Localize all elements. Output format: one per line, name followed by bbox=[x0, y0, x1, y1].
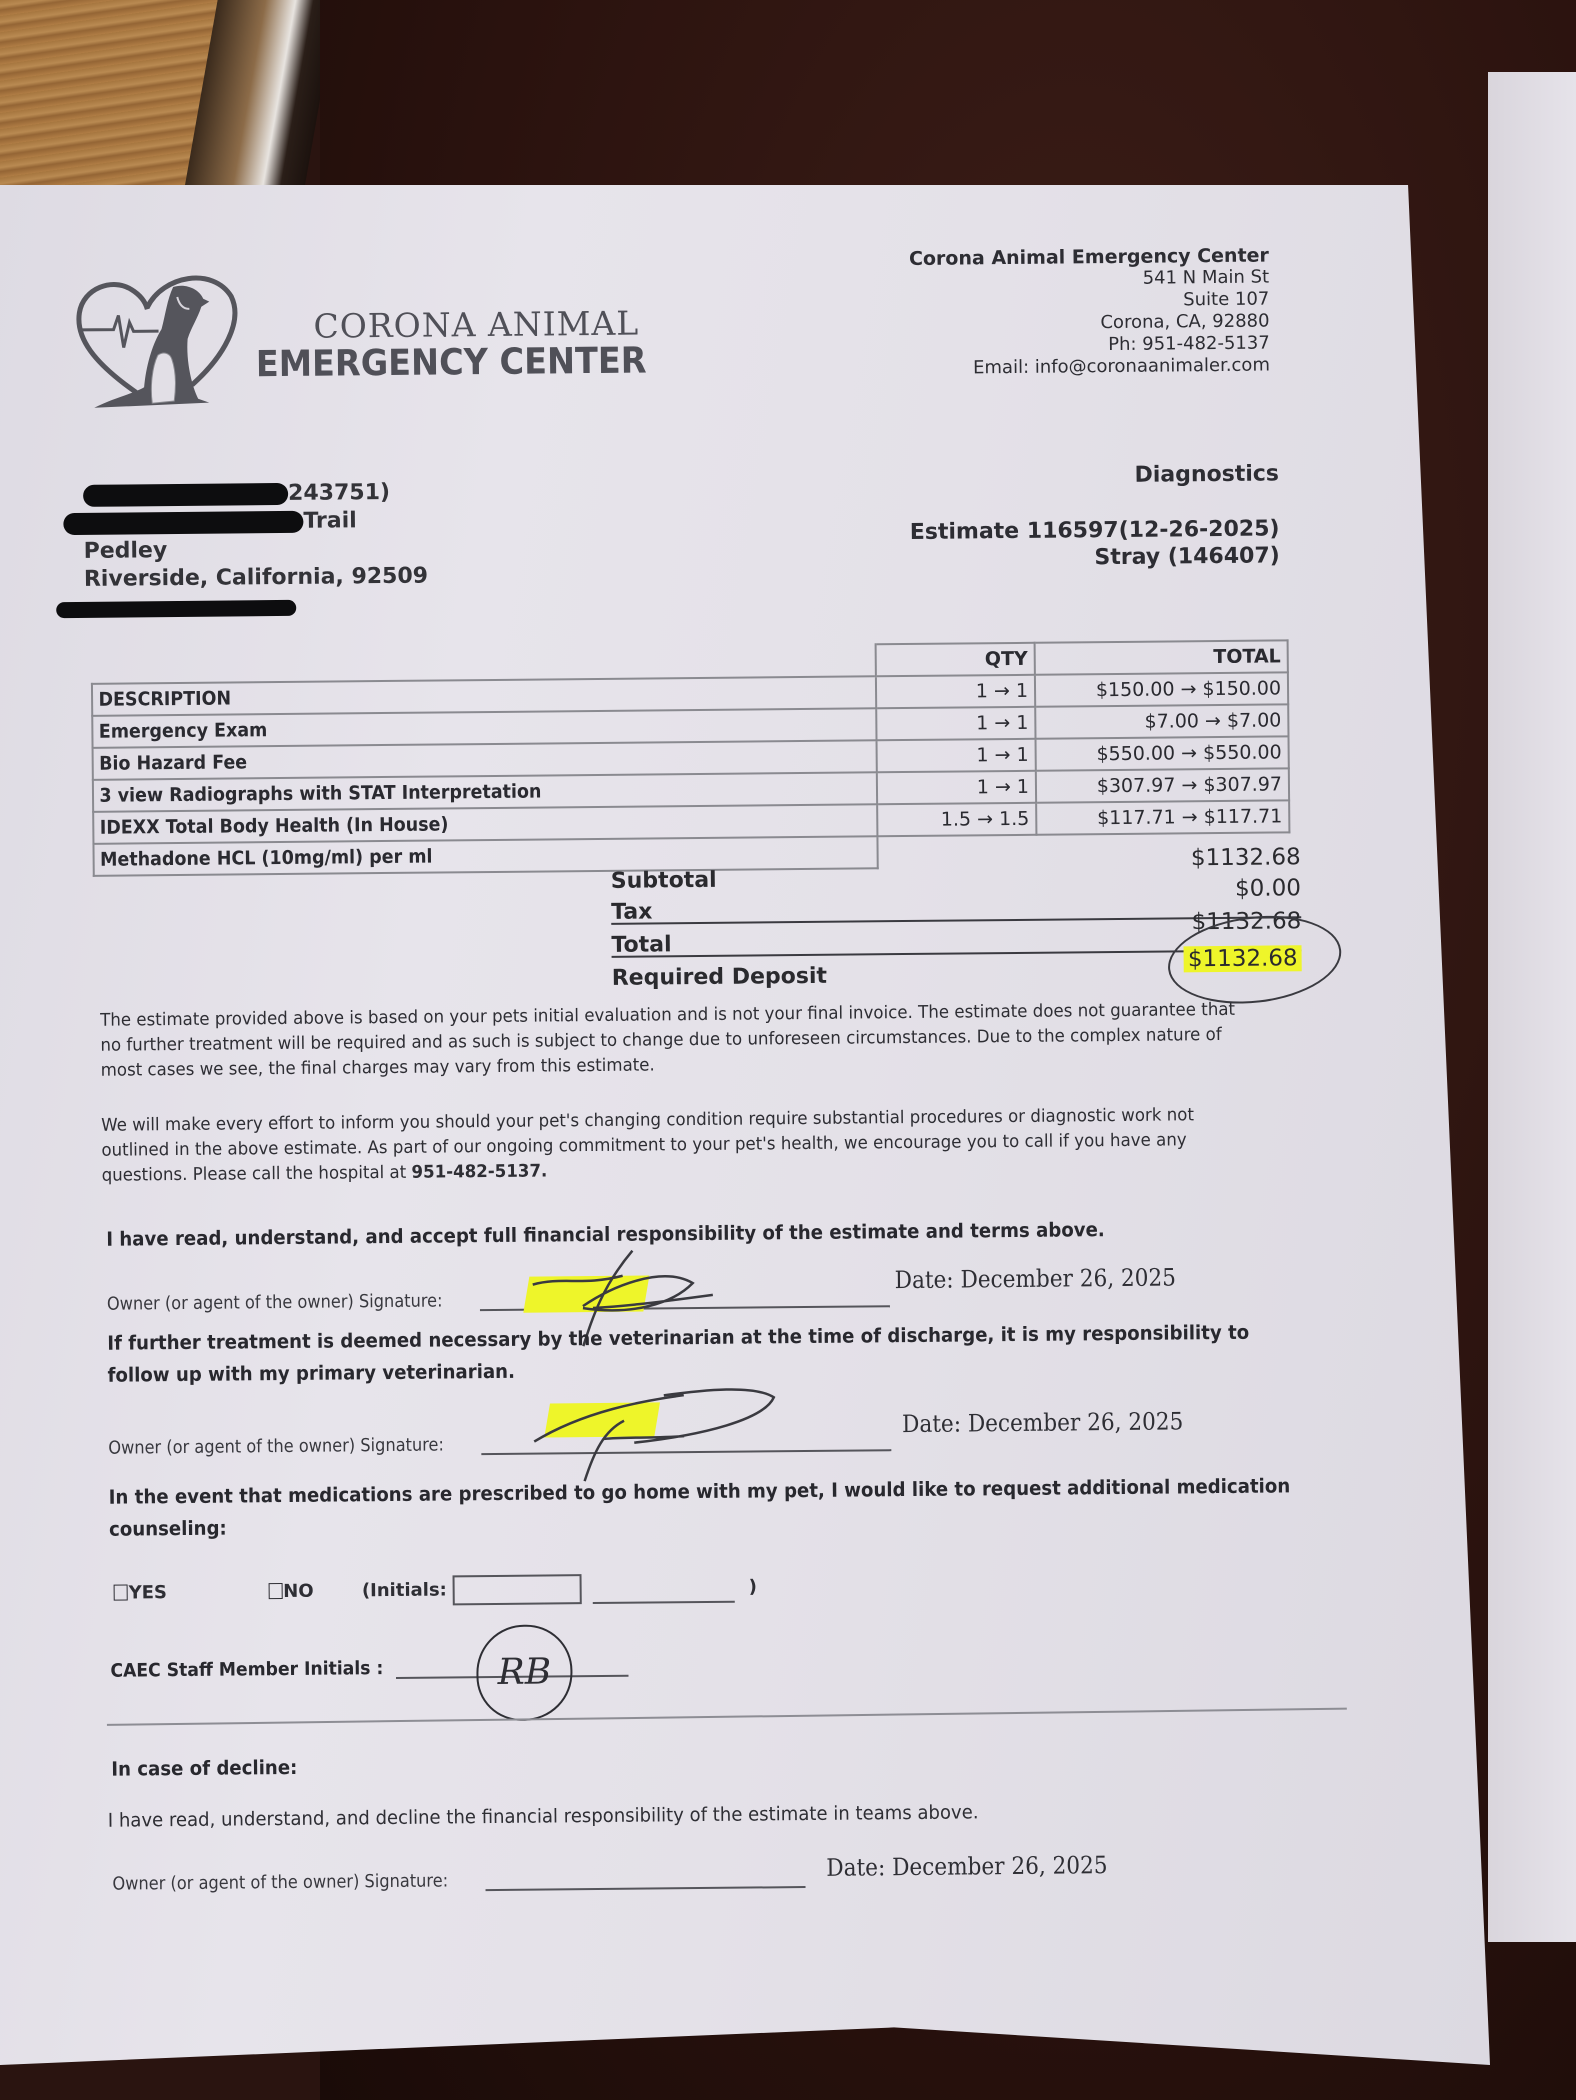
section-divider bbox=[107, 1708, 1347, 1726]
subtotal-value: $1132.68 bbox=[1191, 844, 1301, 871]
subtotal-label: Subtotal bbox=[611, 868, 717, 894]
decline-heading: In case of decline: bbox=[111, 1756, 297, 1781]
tax-label: Tax bbox=[611, 899, 652, 924]
signature-label: Owner (or agent of the owner) Signature: bbox=[112, 1870, 448, 1894]
header-total: TOTAL bbox=[1035, 640, 1288, 674]
initials-close: ) bbox=[749, 1576, 757, 1597]
client-name-line: 243751) bbox=[83, 479, 427, 510]
header-qty: QTY bbox=[876, 643, 1035, 677]
yes-checkbox[interactable] bbox=[114, 1585, 128, 1601]
signature-scribble bbox=[524, 1378, 885, 1491]
total-cell: $150.00 → $150.00 bbox=[1035, 672, 1288, 706]
department: Diagnostics bbox=[909, 460, 1279, 491]
no-checkbox[interactable] bbox=[268, 1583, 282, 1599]
brand-line-1: CORONA ANIMAL bbox=[313, 305, 675, 344]
estimate-info: Diagnostics Estimate 116597(12-26-2025) … bbox=[909, 460, 1280, 573]
staff-initials-label: CAEC Staff Member Initials : bbox=[110, 1658, 383, 1682]
total-label: Total bbox=[611, 932, 671, 958]
followup-statement-line-2: follow up with my primary veterinarian. bbox=[107, 1360, 515, 1387]
tax-value: $0.00 bbox=[1235, 875, 1301, 902]
clinic-brand: CORONA ANIMAL EMERGENCY CENTER bbox=[255, 305, 676, 385]
no-option[interactable]: NO bbox=[268, 1581, 314, 1602]
terms-paragraph-1: The estimate provided above is based on … bbox=[100, 998, 1250, 1084]
qty-cell: 1 → 1 bbox=[877, 739, 1036, 773]
followup-date: Date: December 26, 2025 bbox=[902, 1407, 1184, 1438]
counseling-statement-line-2: counseling: bbox=[109, 1517, 227, 1541]
estimate-document: CORONA ANIMAL EMERGENCY CENTER Corona An… bbox=[0, 0, 1576, 2100]
terms-paragraph-2: We will make every effort to inform you … bbox=[101, 1103, 1251, 1189]
decline-signature-field[interactable] bbox=[485, 1886, 805, 1891]
signature-label: Owner (or agent of the owner) Signature: bbox=[107, 1290, 443, 1314]
deposit-label: Required Deposit bbox=[612, 964, 827, 991]
qty-cell: 1 → 1 bbox=[876, 707, 1035, 741]
yes-option[interactable]: YES bbox=[114, 1582, 167, 1604]
counseling-options: YES NO (Initials: ) bbox=[114, 1572, 757, 1608]
total-cell: $307.97 → $307.97 bbox=[1036, 768, 1289, 802]
client-address-block: 243751) Trail Pedley Riverside, Californ… bbox=[83, 479, 428, 594]
signature-label: Owner (or agent of the owner) Signature: bbox=[108, 1434, 444, 1458]
clinic-address-block: Corona Animal Emergency Center 541 N Mai… bbox=[909, 245, 1270, 380]
total-cell: $550.00 → $550.00 bbox=[1036, 736, 1289, 770]
client-street: Trail bbox=[303, 508, 357, 534]
redaction-mark bbox=[83, 483, 288, 507]
staff-initials-value: RB bbox=[476, 1624, 573, 1721]
initials-line[interactable] bbox=[592, 1601, 734, 1604]
decline-date: Date: December 26, 2025 bbox=[826, 1851, 1108, 1882]
brand-line-2: EMERGENCY CENTER bbox=[256, 341, 647, 385]
totals-summary: Subtotal $1132.68 Tax $0.00 Total $1132.… bbox=[611, 854, 1302, 989]
qty-cell: 1 → 1 bbox=[877, 771, 1036, 805]
heart-dog-cat-logo-icon bbox=[73, 266, 244, 418]
decline-statement: I have read, understand, and decline the… bbox=[108, 1798, 1258, 1834]
decline-signature-row: Owner (or agent of the owner) Signature: bbox=[112, 1867, 805, 1895]
line-items-table: QTY TOTAL DESCRIPTION1 → 1$150.00 → $150… bbox=[91, 639, 1291, 876]
total-cell: $117.71 → $117.71 bbox=[1036, 800, 1289, 834]
patient-info: Stray (146407) bbox=[910, 542, 1280, 573]
clinic-email: Email: info@coronaanimaler.com bbox=[910, 355, 1270, 380]
initials-input-box[interactable] bbox=[453, 1574, 582, 1605]
counseling-statement-line-1: In the event that medications are prescr… bbox=[109, 1474, 1291, 1508]
redaction-mark bbox=[63, 511, 303, 535]
client-street-line: Trail bbox=[83, 507, 427, 538]
qty-cell: 1 → 1 bbox=[876, 675, 1035, 709]
acceptance-date: Date: December 26, 2025 bbox=[895, 1263, 1177, 1294]
no-label: NO bbox=[283, 1581, 314, 1602]
qty-cell: 1.5 → 1.5 bbox=[877, 803, 1036, 837]
hospital-phone: 951-482-5137. bbox=[411, 1161, 547, 1182]
total-cell: $7.00 → $7.00 bbox=[1035, 704, 1288, 738]
estimate-number: Estimate 116597(12-26-2025) bbox=[910, 515, 1280, 546]
client-city: Pedley bbox=[84, 535, 428, 566]
client-id: 243751) bbox=[288, 480, 390, 506]
client-region: Riverside, California, 92509 bbox=[84, 563, 428, 594]
redaction-mark bbox=[56, 600, 296, 618]
yes-label: YES bbox=[129, 1582, 167, 1603]
initials-label: (Initials: bbox=[362, 1579, 447, 1601]
